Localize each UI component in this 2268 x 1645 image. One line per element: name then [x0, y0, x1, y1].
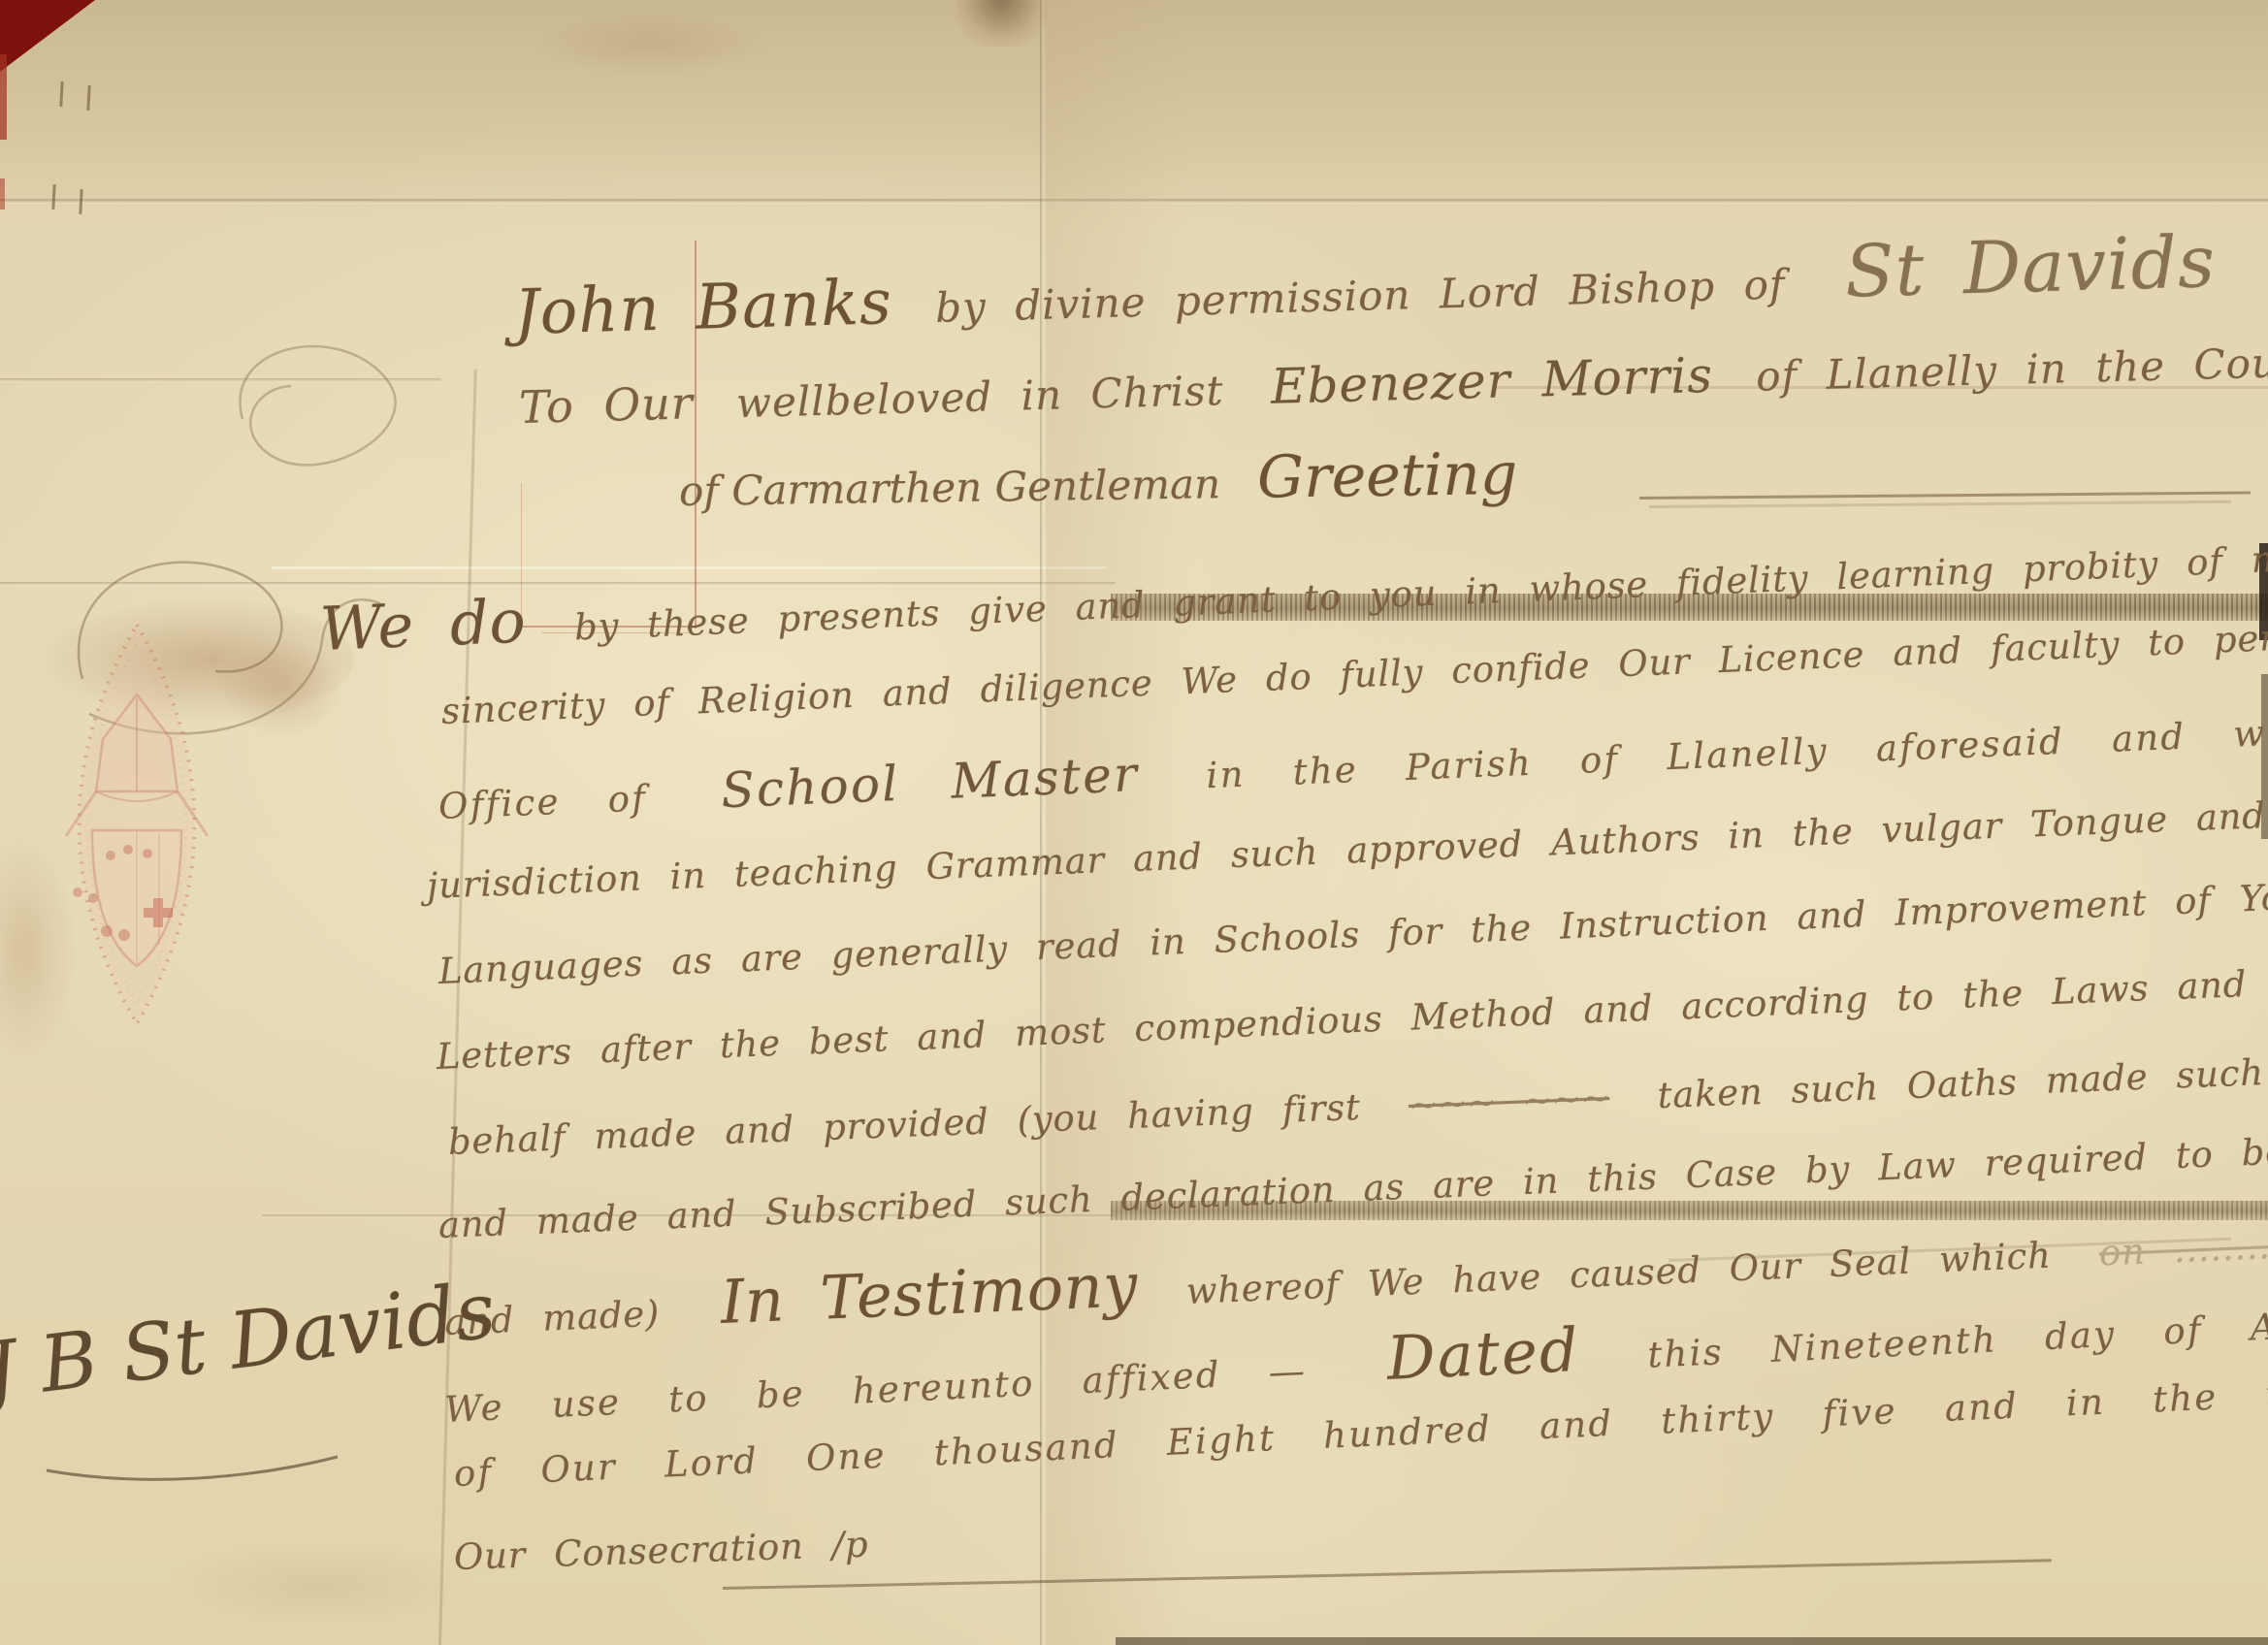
licensee-place-text: of Llanelly in the County — [1756, 338, 2268, 401]
to-our-text: To Our — [518, 376, 694, 434]
dated-text: Dated — [1385, 1314, 1581, 1394]
episcopal-seal — [10, 611, 264, 1038]
crossed-out-words: ~~~ ~~~ — [1408, 1077, 1610, 1126]
bishop-name-text: John Banks — [513, 267, 893, 349]
greeting-text: Greeting — [1257, 440, 1518, 512]
signature-underline-swash — [47, 1457, 338, 1479]
heading-flourish-curve — [241, 346, 396, 465]
we-do-text: We do — [319, 586, 528, 664]
county-gentleman-text: of Carmarthen Gentleman — [679, 460, 1221, 515]
faded-struck-words: on ......... — [2098, 1225, 2268, 1274]
heading-line-3: of Carmarthen Gentleman Greeting — [679, 440, 1518, 520]
wellbeloved-text: wellbeloved in Christ — [735, 367, 1224, 427]
see-name-text: St Davids — [1844, 220, 2217, 314]
licensee-name-text: Ebenezer Morris — [1270, 347, 1713, 415]
parchment-document: John Banks by divine permission Lord Bis… — [0, 0, 2268, 1645]
office-of-text: Office of — [437, 777, 648, 827]
